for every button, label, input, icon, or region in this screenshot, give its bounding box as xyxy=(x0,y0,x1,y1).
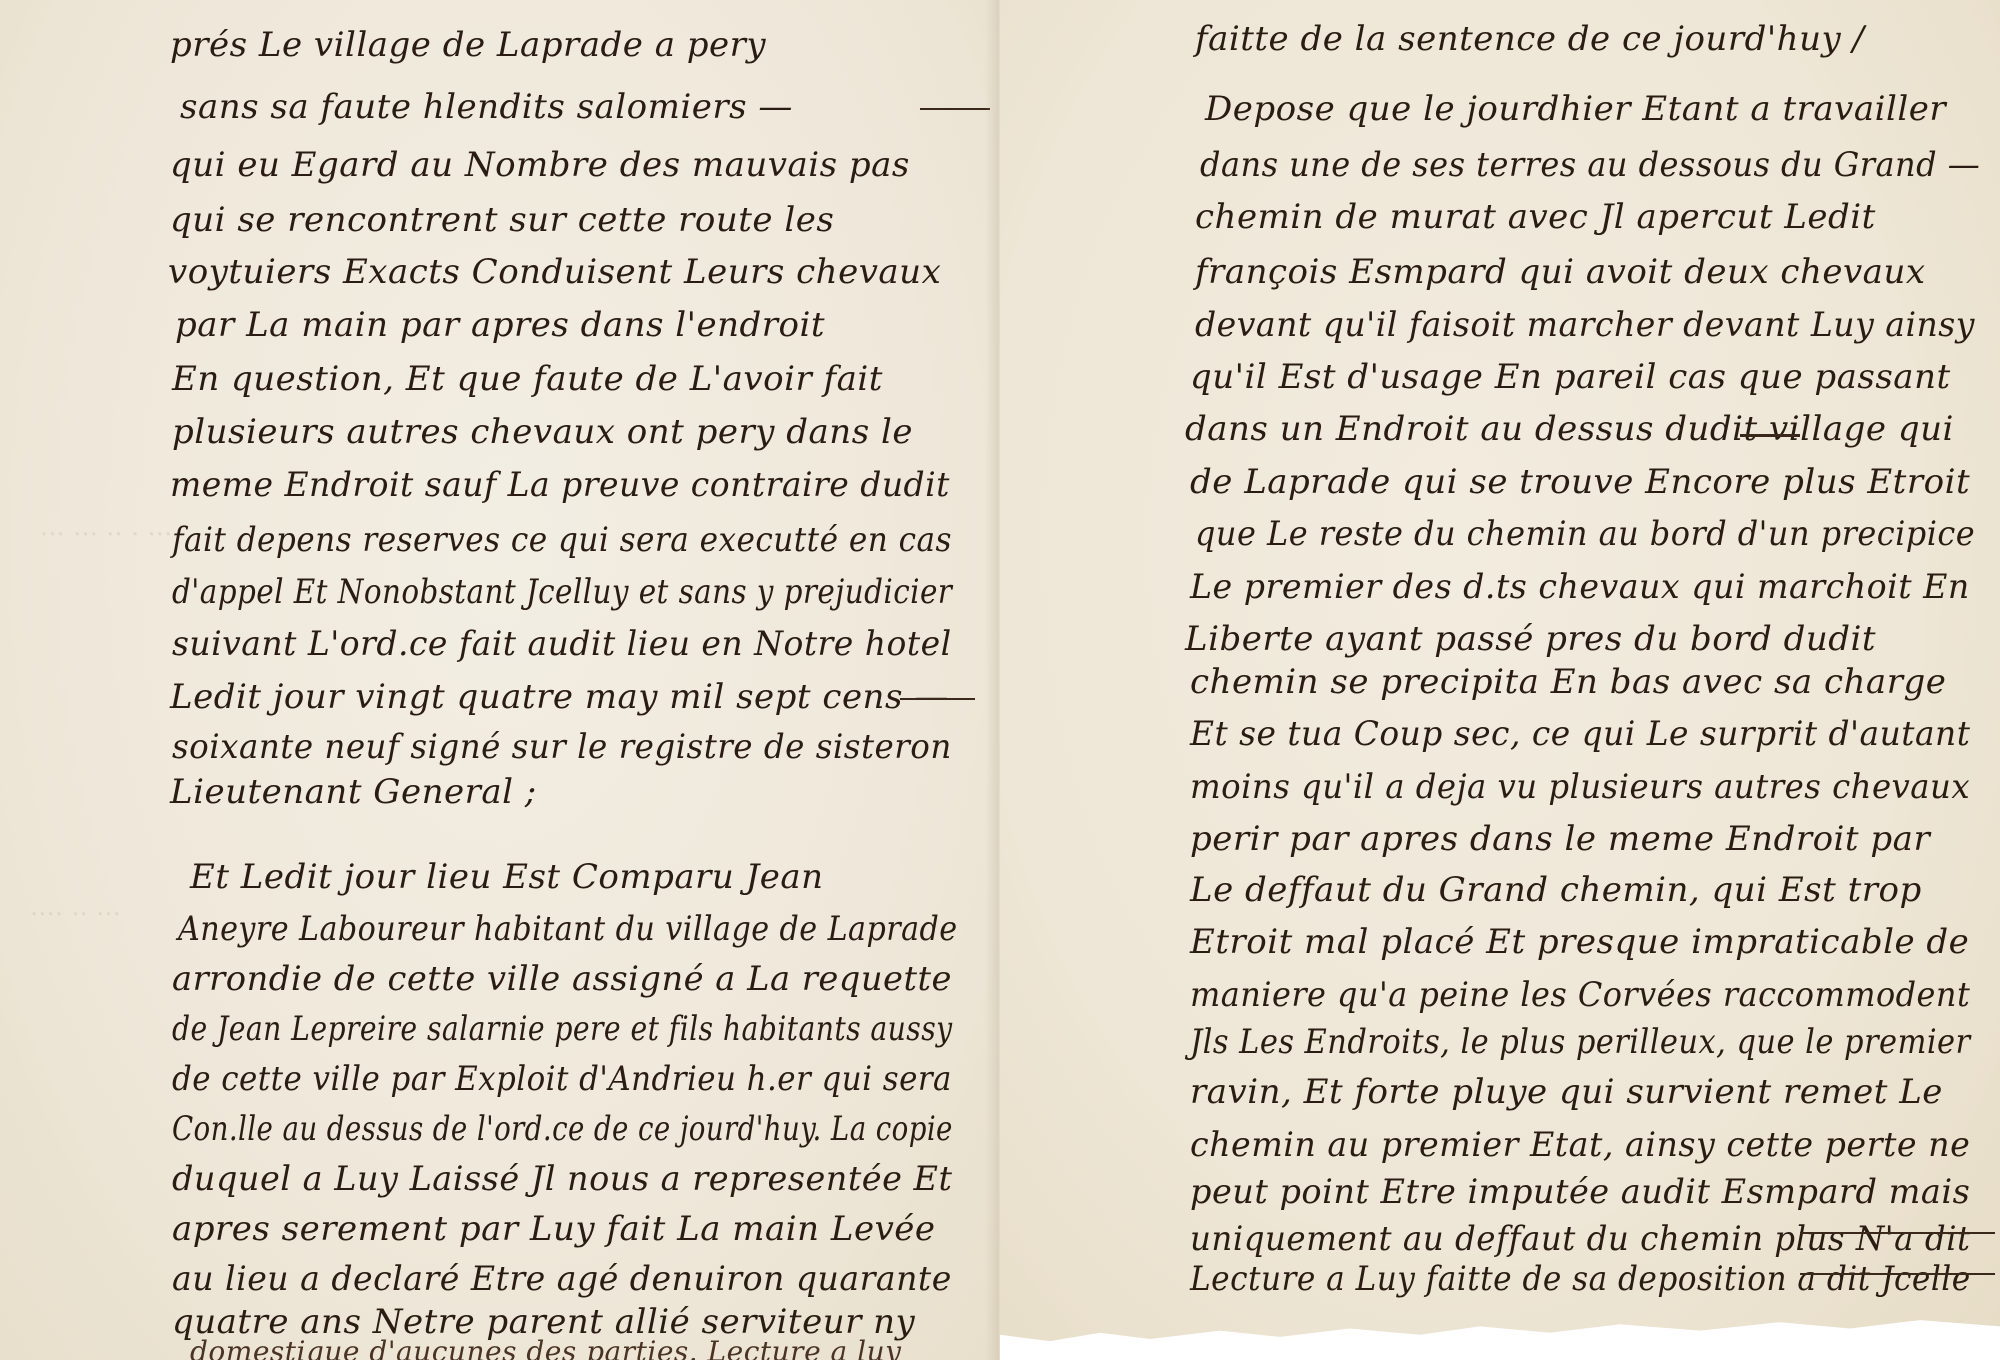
right-line-15: moins qu'il a deja vu plusieurs autres c… xyxy=(1190,770,1970,804)
right-line-4: chemin de murat avec Jl apercut Ledit xyxy=(1195,200,1876,234)
right-line-25: Lecture a Luy faitte de sa deposition a … xyxy=(1190,1262,1971,1296)
left-line-9: meme Endroit sauf La preuve contraire du… xyxy=(170,468,950,502)
left-line-7: En question, Et que faute de L'avoir fai… xyxy=(172,362,883,396)
right-line-5: françois Esmpard qui avoit deux chevaux xyxy=(1195,255,1926,289)
left-line-25: quatre ans Netre parent allié serviteur … xyxy=(172,1305,915,1339)
right-line-18: Etroit mal placé Et presque impraticable… xyxy=(1190,925,1969,959)
left-line-18: arrondie de cette ville assigné a La req… xyxy=(172,962,952,996)
right-line-12: Liberte ayant passé pres du bord dudit xyxy=(1185,622,1876,656)
right-line-17: Le deffaut du Grand chemin, qui Est trop xyxy=(1190,873,1922,907)
right-line-8: dans un Endroit au dessus dudit village … xyxy=(1185,412,1954,446)
right-line-20: Jls Les Endroits, le plus perilleux, que… xyxy=(1190,1025,1971,1059)
strikethrough-mark xyxy=(1740,434,1800,437)
left-line-24: au lieu a declaré Etre agé denuiron quar… xyxy=(172,1262,952,1296)
left-line-14: soixante neuf signé sur le registre de s… xyxy=(172,730,952,764)
left-line-10: fait depens reserves ce qui sera executt… xyxy=(172,523,952,557)
right-line-11: Le premier des d.ts chevaux qui marchoit… xyxy=(1190,570,1970,604)
left-line-13: Ledit jour vingt quatre may mil sept cen… xyxy=(170,680,949,714)
right-line-16: perir par apres dans le meme Endroit par xyxy=(1190,822,1930,856)
left-line-3: qui eu Egard au Nombre des mauvais pas xyxy=(170,148,910,182)
left-line-12: suivant L'ord.ce fait audit lieu en Notr… xyxy=(172,627,952,661)
left-line-26: domestique d'aucunes des parties. Lectur… xyxy=(190,1338,901,1360)
left-line-2: sans sa faute hlendits salomiers — xyxy=(180,90,793,124)
left-line-15: Lieutenant General ; xyxy=(170,775,537,809)
right-line-24: uniquement au deffaut du chemin plus N'a… xyxy=(1190,1222,1971,1256)
right-line-7: qu'il Est d'usage En pareil cas que pass… xyxy=(1190,360,1951,394)
right-line-3: dans une de ses terres au dessous du Gra… xyxy=(1200,148,1980,182)
left-line-23: apres serement par Luy fait La main Levé… xyxy=(172,1212,936,1246)
right-line-23: peut point Etre imputée audit Esmpard ma… xyxy=(1190,1175,1970,1209)
left-line-6: par La main par apres dans l'endroit xyxy=(175,308,825,342)
left-line-20: de cette ville par Exploit d'Andrieu h.e… xyxy=(172,1062,952,1096)
right-line-2: Depose que le jourdhier Etant a travaill… xyxy=(1205,92,1946,126)
manuscript-spread: ··· · ·· ··· ··· ··· ·· ···· prés Le vil… xyxy=(0,0,2000,1360)
line-filler-dash xyxy=(900,698,975,700)
right-line-14: Et se tua Coup sec, ce qui Le surprit d'… xyxy=(1190,717,1970,751)
right-line-6: devant qu'il faisoit marcher devant Luy … xyxy=(1195,308,1975,342)
left-line-17: Aneyre Laboureur habitant du village de … xyxy=(178,912,958,946)
right-page: faitte de la sentence de ce jourd'huy / … xyxy=(1000,0,2000,1360)
left-line-1: prés Le village de Laprade a pery xyxy=(170,28,766,62)
line-filler-dash xyxy=(920,108,990,110)
right-line-22: chemin au premier Etat, ainsy cette pert… xyxy=(1190,1128,1970,1162)
bleed-through-text: ··· ·· ···· xyxy=(30,900,121,930)
left-line-8: plusieurs autres chevaux ont pery dans l… xyxy=(172,415,913,449)
right-line-9: de Laprade qui se trouve Encore plus Etr… xyxy=(1190,465,1970,499)
right-line-13: chemin se precipita En bas avec sa charg… xyxy=(1190,665,1946,699)
right-line-19: maniere qu'a peine les Corvées raccommod… xyxy=(1190,978,1970,1012)
line-filler-dash xyxy=(1800,1273,1995,1275)
right-line-1: faitte de la sentence de ce jourd'huy / xyxy=(1195,22,1864,56)
left-line-5: voytuiers Exacts Conduisent Leurs chevau… xyxy=(168,255,941,289)
right-line-21: ravin, Et forte pluye qui survient remet… xyxy=(1190,1075,1943,1109)
right-line-10: que Le reste du chemin au bord d'un prec… xyxy=(1195,517,1975,551)
left-line-16: Et Ledit jour lieu Est Comparu Jean xyxy=(190,860,824,894)
left-page: ··· · ·· ··· ··· ··· ·· ···· prés Le vil… xyxy=(0,0,1000,1360)
left-line-4: qui se rencontrent sur cette route les xyxy=(170,203,834,237)
left-line-21: Con.lle au dessus de l'ord.ce de ce jour… xyxy=(172,1112,953,1146)
left-line-19: de Jean Lepreire salarnie pere et fils h… xyxy=(172,1012,952,1046)
left-line-11: d'appel Et Nonobstant Jcelluy et sans y … xyxy=(172,575,952,609)
left-line-22: duquel a Luy Laissé Jl nous a representé… xyxy=(172,1162,952,1196)
line-filler-dash xyxy=(1800,1232,1995,1234)
bleed-through-text: ··· · ·· ··· ··· xyxy=(40,520,172,550)
